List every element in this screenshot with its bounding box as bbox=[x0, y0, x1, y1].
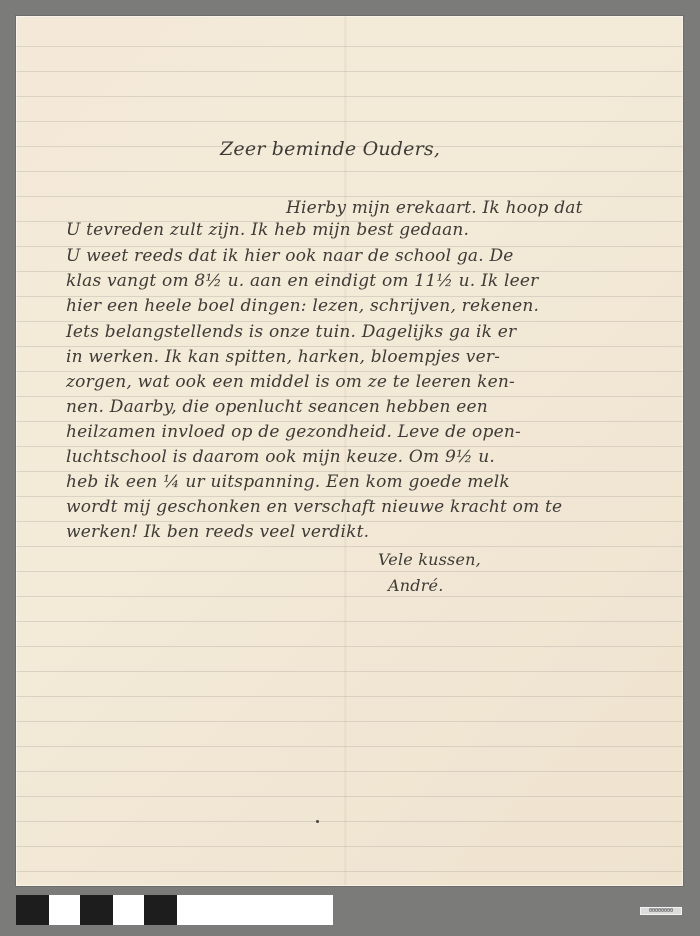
letter-line: Hierby mijn erekaart. Ik hoop dat bbox=[286, 198, 700, 218]
letter-line: heb ik een ¼ ur uitspanning. Een kom goe… bbox=[66, 472, 676, 492]
color-calibration-strip bbox=[16, 895, 333, 925]
letter-line: zorgen, wat ook een middel is om ze te l… bbox=[66, 372, 676, 392]
letter-line: klas vangt om 8½ u. aan en eindigt om 11… bbox=[66, 271, 676, 291]
signature: André. bbox=[388, 576, 444, 595]
closing: Vele kussen, bbox=[378, 550, 481, 569]
letter-line: luchtschool is daarom ook mijn keuze. Om… bbox=[66, 447, 676, 467]
letter-line: nen. Daarby, die openlucht seancen hebbe… bbox=[66, 397, 676, 417]
ink-dot bbox=[316, 820, 319, 823]
letter-line: U tevreden zult zijn. Ik heb mijn best g… bbox=[66, 220, 676, 240]
letter-line: wordt mij geschonken en verschaft nieuwe… bbox=[66, 497, 676, 517]
letter-line: Iets belangstellends is onze tuin. Dagel… bbox=[66, 322, 676, 342]
swatch-black bbox=[144, 895, 177, 925]
salutation: Zeer beminde Ouders, bbox=[220, 138, 440, 160]
swatch-white-wide bbox=[177, 895, 333, 925]
letter-line: heilzamen invloed op de gezondheid. Leve… bbox=[66, 422, 676, 442]
swatch-black bbox=[16, 895, 49, 925]
swatch-white bbox=[113, 895, 144, 925]
letter-paper: Zeer beminde Ouders, Hierby mijn erekaar… bbox=[16, 16, 683, 886]
letter-line: U weet reeds dat ik hier ook naar de sch… bbox=[66, 246, 676, 266]
letter-content: Zeer beminde Ouders, Hierby mijn erekaar… bbox=[16, 16, 683, 886]
letter-line: werken! Ik ben reeds veel verdikt. bbox=[66, 522, 676, 542]
swatch-white bbox=[49, 895, 80, 925]
swatch-black bbox=[80, 895, 113, 925]
letter-line: in werken. Ik kan spitten, harken, bloem… bbox=[66, 347, 676, 367]
letter-line: hier een heele boel dingen: lezen, schri… bbox=[66, 296, 676, 316]
archive-label: 00000000 bbox=[640, 907, 682, 915]
